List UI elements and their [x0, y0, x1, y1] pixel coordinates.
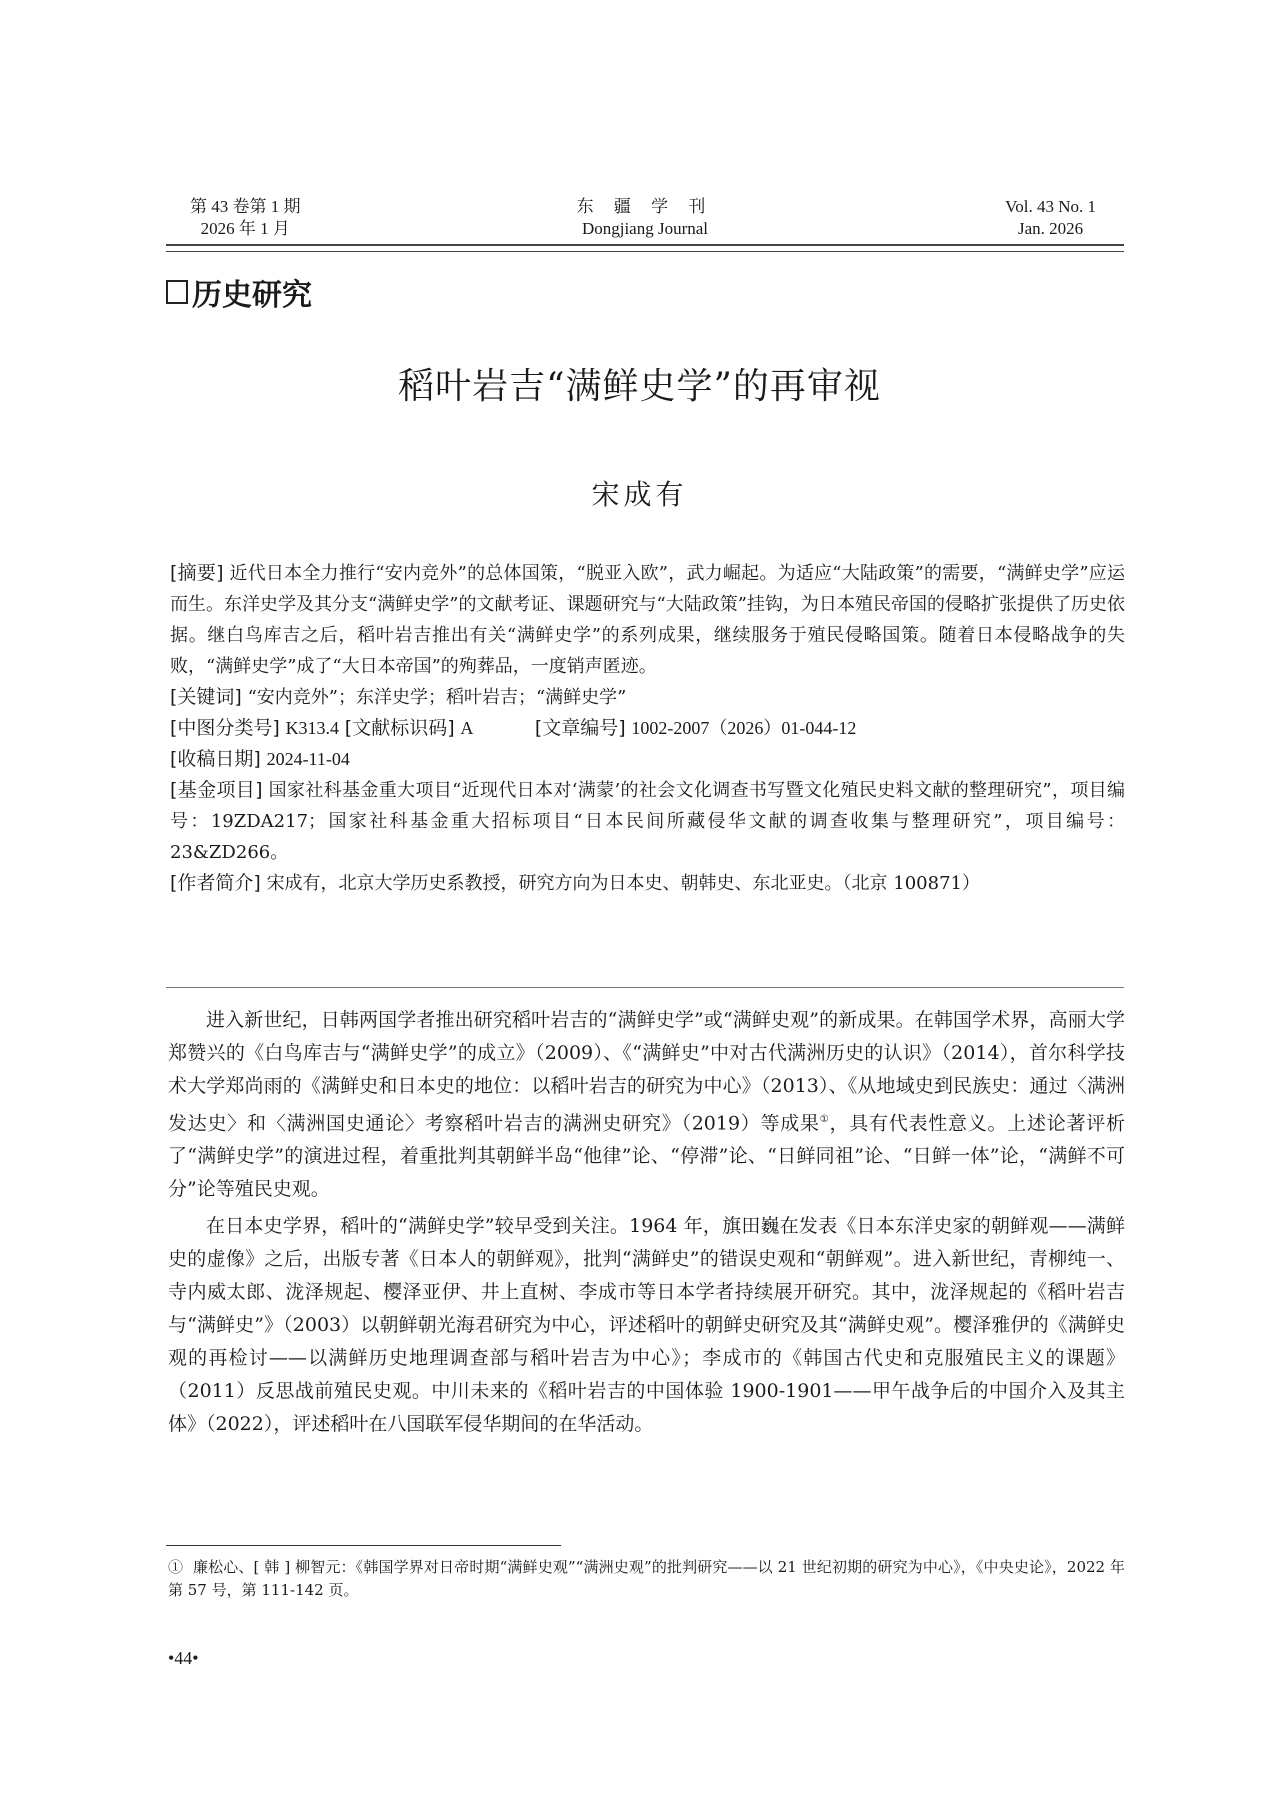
keywords-label: [关键词]: [170, 686, 242, 708]
keywords-text: “安内竞外”；东洋史学；稻叶岩吉；“满鲜史学”: [248, 687, 627, 708]
footnote-text: 廉松心、[ 韩 ] 柳智元：《韩国学界对日帝时期“满鲜史观”“满洲史观”的批判研…: [168, 1558, 1125, 1599]
fund: [基金项目] 国家社科基金重大项目“近现代日本对‘满蒙’的社会文化调查书写暨文化…: [170, 775, 1125, 868]
issue-date-en: Jan. 2026: [1005, 218, 1096, 240]
abstract-text: 近代日本全力推行“安内竞外”的总体国策，“脱亚入欧”，武力崛起。为适应“大陆政策…: [170, 563, 1125, 677]
footnote: ① 廉松心、[ 韩 ] 柳智元：《韩国学界对日帝时期“满鲜史观”“满洲史观”的批…: [168, 1556, 1125, 1602]
clc-value: K313.4: [286, 718, 340, 738]
doc-code-value: A: [460, 718, 473, 738]
article-no-label: [文章编号]: [535, 717, 626, 739]
running-header: 第 43 卷第 1 期 2026 年 1 月 东 疆 学 刊 Dongjiang…: [166, 196, 1124, 242]
received-value: 2024-11-04: [267, 749, 350, 769]
metadata-divider: [166, 987, 1124, 988]
keywords: [关键词] “安内竞外”；东洋史学；稻叶岩吉；“满鲜史学”: [170, 682, 1125, 713]
article-metadata: [摘要] 近代日本全力推行“安内竞外”的总体国策，“脱亚入欧”，武力崛起。为适应…: [170, 558, 1125, 899]
square-icon: [166, 280, 188, 304]
classification: [中图分类号] K313.4 [文献标识码] A [文章编号] 1002-200…: [170, 713, 1125, 744]
journal-name-cn: 东 疆 学 刊: [166, 196, 1124, 218]
page-number: •44•: [168, 1648, 199, 1669]
body-paragraph: 在日本史学界，稻叶的“满鲜史学”较早受到关注。1964 年，旗田巍在发表《日本东…: [168, 1210, 1125, 1441]
article-title: 稻叶岩吉“满鲜史学”的再审视: [0, 358, 1279, 409]
fund-text: 国家社科基金重大项目“近现代日本对‘满蒙’的社会文化调查书写暨文化殖民史料文献的…: [170, 780, 1125, 863]
section-label-text: 历史研究: [192, 270, 312, 314]
abstract-label: [摘要]: [170, 562, 224, 584]
article-author: 宋成有: [0, 473, 1279, 513]
footnote-marker: ①: [168, 1558, 183, 1576]
doc-code-label: [文献标识码]: [345, 717, 455, 739]
author-bio: [作者简介] 宋成有，北京大学历史系教授，研究方向为日本史、朝韩史、东北亚史。（…: [170, 868, 1125, 899]
abstract: [摘要] 近代日本全力推行“安内竞外”的总体国策，“脱亚入欧”，武力崛起。为适应…: [170, 558, 1125, 682]
received-date: [收稿日期] 2024-11-04: [170, 744, 1125, 775]
received-label: [收稿日期]: [170, 748, 261, 770]
journal-name: 东 疆 学 刊 Dongjiang Journal: [166, 196, 1124, 240]
article-body: 进入新世纪，日韩两国学者推出研究稻叶岩吉的“满鲜史学”或“满鲜史观”的新成果。在…: [168, 1004, 1125, 1445]
section-label: 历史研究: [166, 270, 312, 314]
header-divider: [166, 244, 1124, 252]
author-bio-label: [作者简介]: [170, 872, 261, 894]
issue-info-en: Vol. 43 No. 1 Jan. 2026: [1005, 196, 1096, 240]
volume-issue-en: Vol. 43 No. 1: [1005, 196, 1096, 218]
clc-label: [中图分类号]: [170, 717, 280, 739]
footnote-ref[interactable]: ①: [820, 1114, 830, 1125]
body-paragraph: 进入新世纪，日韩两国学者推出研究稻叶岩吉的“满鲜史学”或“满鲜史观”的新成果。在…: [168, 1004, 1125, 1206]
journal-name-en: Dongjiang Journal: [166, 218, 1124, 240]
footnote-divider: [166, 1545, 561, 1546]
author-bio-text: 宋成有，北京大学历史系教授，研究方向为日本史、朝韩史、东北亚史。（北京 1008…: [267, 873, 980, 894]
fund-label: [基金项目]: [170, 779, 263, 801]
article-no-value: 1002-2007（2026）01-044-12: [631, 718, 856, 738]
